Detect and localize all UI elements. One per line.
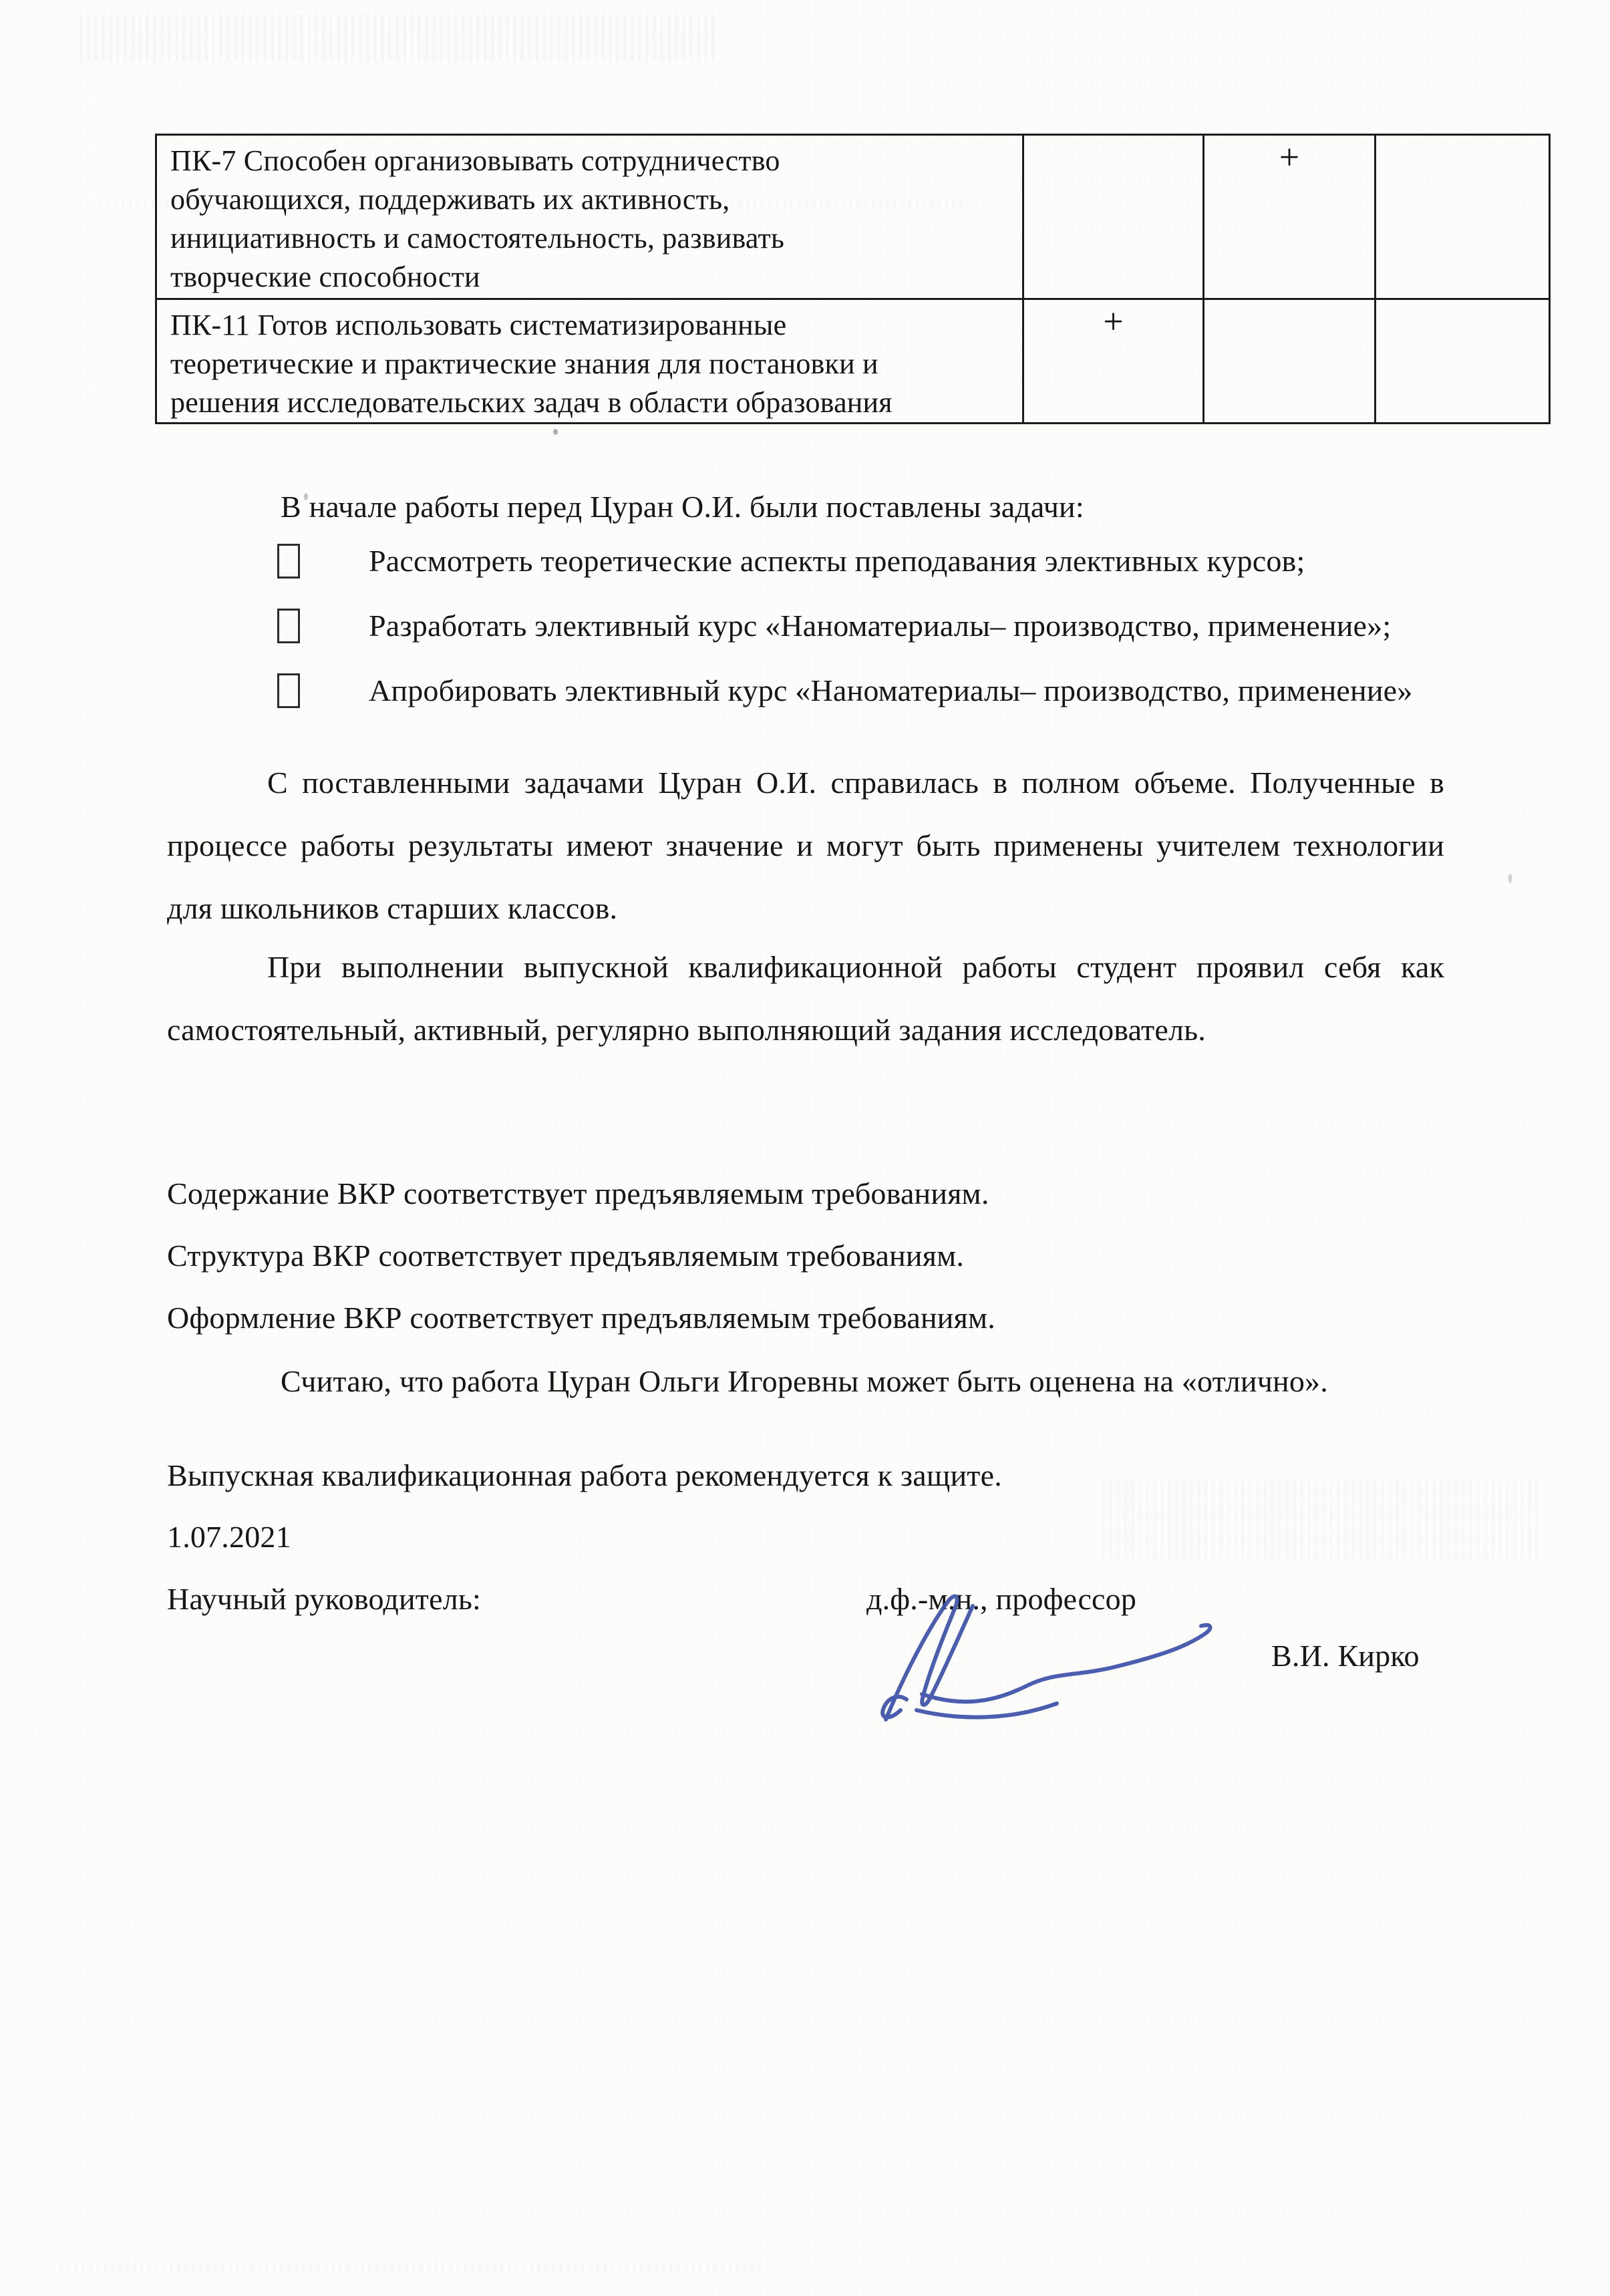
mark-cell (1204, 299, 1376, 424)
grade-line: Считаю, что работа Цуран Ольги Игоревны … (167, 1350, 1444, 1413)
scan-speck (1508, 874, 1512, 883)
signature (822, 1589, 1249, 1729)
competency-cell: ПК-7 Способен организовывать сотрудничес… (156, 135, 1023, 299)
checkbox-bullet-icon (277, 673, 300, 708)
table-row: ПК-7 Способен организовывать сотрудничес… (156, 135, 1550, 299)
recommendation-line: Выпускная квалификационная работа рекоме… (167, 1444, 1444, 1507)
checkbox-bullet-icon (277, 544, 300, 579)
task-text: Разработать элективный курс «Наноматериа… (369, 608, 1391, 643)
results-paragraph: С поставленными задачами Цуран О.И. спра… (167, 752, 1444, 940)
task-item: Рассмотреть теоретические аспекты препод… (167, 528, 1476, 593)
task-item: Апробировать элективный курс «Наноматери… (167, 658, 1476, 723)
date-line: 1.07.2021 (167, 1506, 291, 1569)
assessment-block: Содержание ВКР соответствует предъявляем… (167, 1162, 1444, 1349)
competency-line: обучающихся, поддерживать их активность, (170, 180, 1013, 219)
task-item: Разработать элективный курс «Наноматериа… (167, 593, 1476, 658)
mark-cell (1376, 299, 1550, 424)
mark-cell: + (1023, 299, 1204, 424)
structure-line: Структура ВКР соответствует предъявляемы… (167, 1224, 1444, 1287)
task-text: Апробировать элективный курс «Наноматери… (369, 673, 1412, 708)
competency-line: творческие способности (170, 258, 1013, 297)
competency-line: решения исследовательских задач в област… (170, 383, 1013, 422)
formatting-line: Оформление ВКР соответствует предъявляем… (167, 1287, 1444, 1349)
content-line: Содержание ВКР соответствует предъявляем… (167, 1162, 1444, 1224)
mark-cell (1023, 135, 1204, 299)
competency-line: ПК-11 Готов использовать систематизирова… (170, 306, 1013, 345)
supervisor-name: В.И. Кирко (1271, 1625, 1420, 1687)
mark-cell (1376, 135, 1550, 299)
student-paragraph: При выполнении выпускной квалификационно… (167, 936, 1444, 1061)
checkbox-bullet-icon (277, 609, 300, 643)
supervisor-row: Научный руководитель: д.ф.-м.н., професс… (167, 1568, 1444, 1631)
supervisor-label: Научный руководитель: (167, 1568, 481, 1631)
competency-line: инициативность и самостоятельность, разв… (170, 219, 1013, 258)
mark-cell: + (1204, 135, 1376, 299)
scan-noise (80, 15, 715, 61)
competency-cell: ПК-11 Готов использовать систематизирова… (156, 299, 1023, 424)
competency-line: ПК-7 Способен организовывать сотрудничес… (170, 142, 1013, 180)
scan-noise (60, 2265, 762, 2273)
task-text: Рассмотреть теоретические аспекты препод… (369, 543, 1305, 579)
table-row: ПК-11 Готов использовать систематизирова… (156, 299, 1550, 424)
scanned-document-page: ПК-7 Способен организовывать сотрудничес… (0, 0, 1610, 2296)
scan-speck (553, 429, 558, 435)
task-list: Рассмотреть теоретические аспекты препод… (167, 528, 1476, 723)
competency-table: ПК-7 Способен организовывать сотрудничес… (155, 134, 1551, 424)
competency-line: теоретические и практические знания для … (170, 345, 1013, 383)
